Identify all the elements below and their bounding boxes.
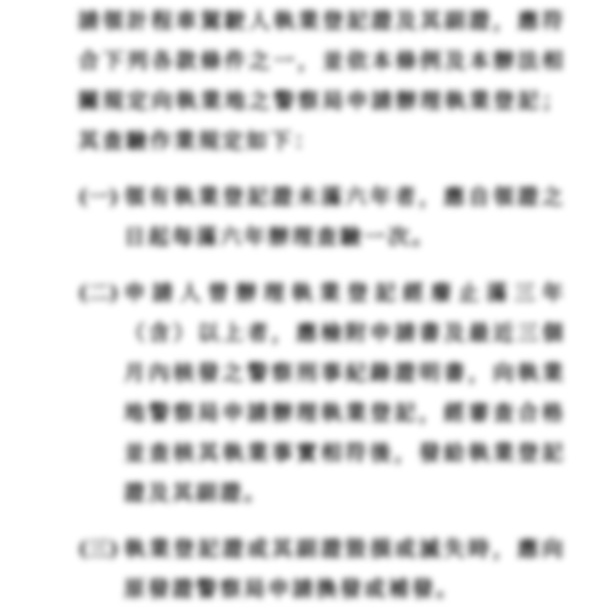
item-text: 申請人曾辦理執業登記經廢止滿三年（含）以上者，應檢附申請書及最近三個月內核發之警… xyxy=(124,273,566,513)
list-item: (一) 領有執業登記證未滿六年者，應自領證之日起每滿六年辦理查驗一次。 xyxy=(78,177,566,257)
item-marker: (三) xyxy=(78,529,124,600)
item-marker: (二) xyxy=(78,273,124,513)
list-item: (三) 執業登記證或其副證毀損或滅失時，應向原發證警察局申請換發或補發。 xyxy=(78,529,566,600)
item-text: 執業登記證或其副證毀損或滅失時，應向原發證警察局申請換發或補發。 xyxy=(124,529,566,600)
document-page: 請領計程車駕駛人執業登記證及其副證，應符合下列各款條件之一，並依本條例及本辦法相… xyxy=(0,0,600,600)
item-marker: (一) xyxy=(78,177,124,257)
paragraph-text: 請領計程車駕駛人執業登記證及其副證，應符合下列各款條件之一，並依本條例及本辦法相… xyxy=(78,1,566,161)
item-text: 領有執業登記證未滿六年者，應自領證之日起每滿六年辦理查驗一次。 xyxy=(124,177,566,257)
list-item: (二) 申請人曾辦理執業登記經廢止滿三年（含）以上者，應檢附申請書及最近三個月內… xyxy=(78,273,566,513)
